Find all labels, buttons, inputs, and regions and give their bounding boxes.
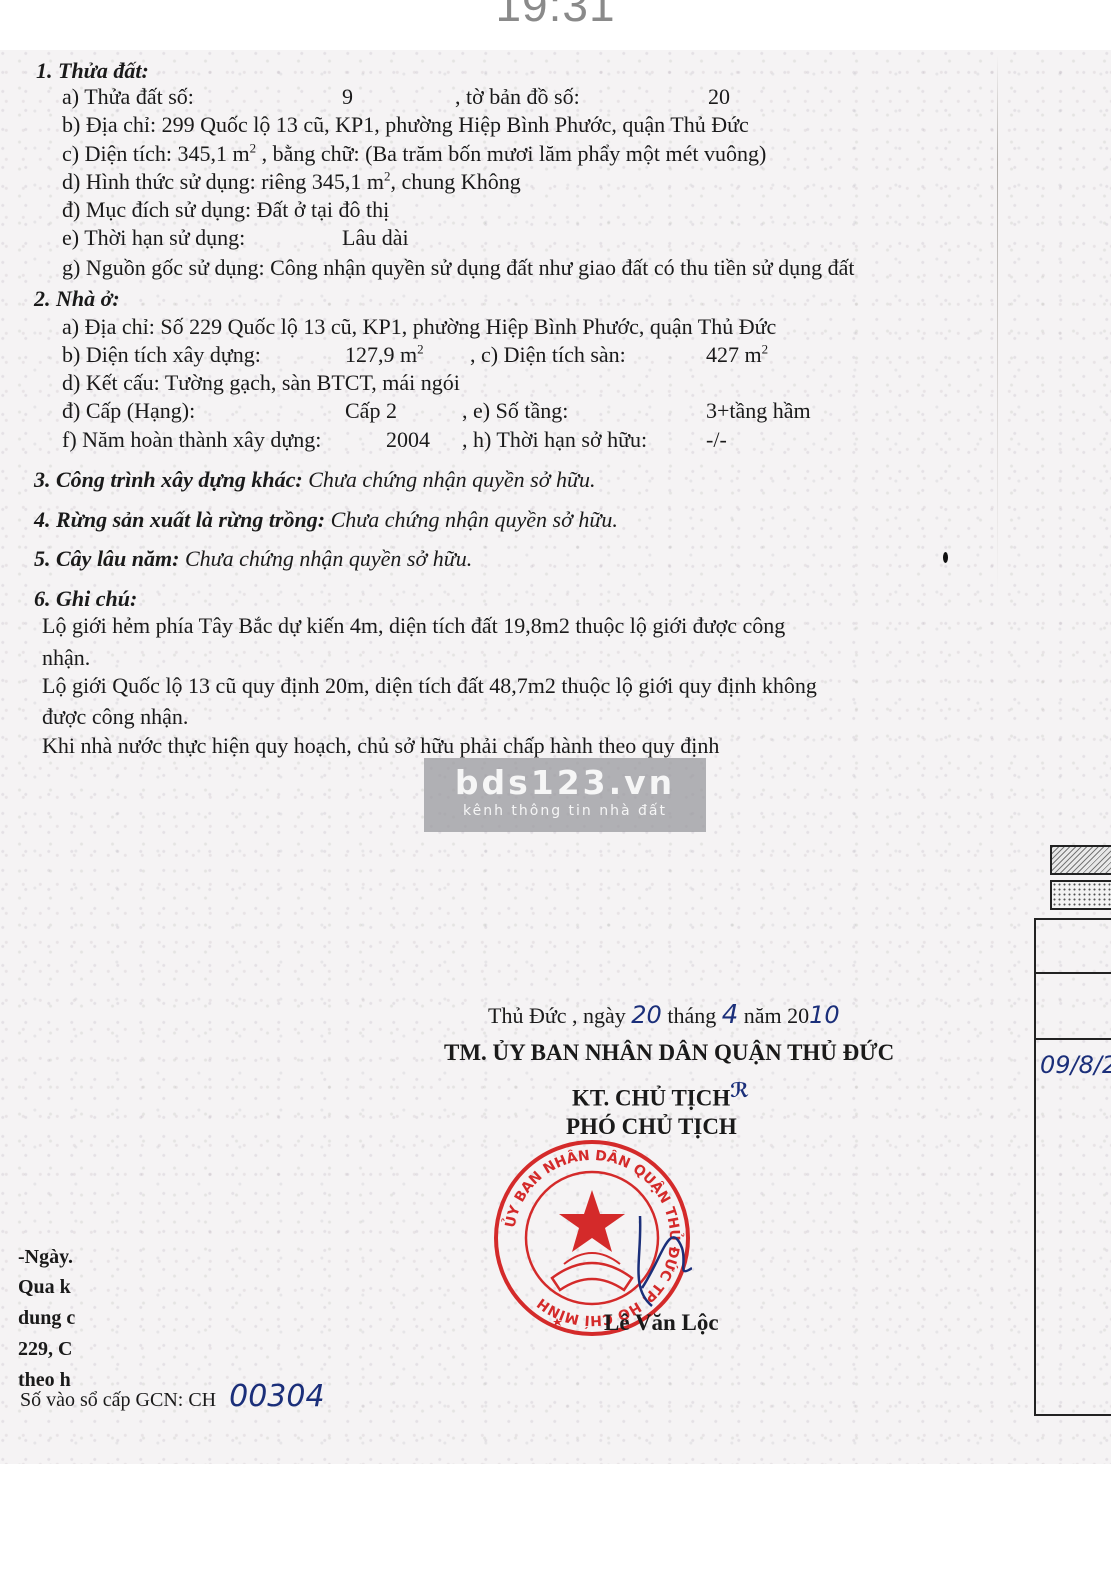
building-area-value: 127,9 m2 [345, 342, 424, 368]
house-address: a) Địa chỉ: Số 229 Quốc lộ 13 cũ, KP1, p… [62, 314, 776, 340]
grade-value: Cấp 2 [345, 398, 397, 424]
usage-term-value: Lâu dài [342, 225, 409, 251]
side-registration-table [1034, 918, 1111, 1416]
section6-heading: 6. Ghi chú: [34, 586, 137, 612]
official-seal: ỦY BAN NHÂN DÂN QUẬN THỦ ĐỨC TP. HỒ CHÍ … [492, 1138, 692, 1338]
parcel-area: c) Diện tích: 345,1 m2 , bằng chữ: (Ba t… [62, 141, 766, 167]
completion-year-value: 2004 [386, 427, 430, 453]
status-bar-time: 19:31 [0, 0, 1111, 32]
legend-dotted-swatch [1050, 880, 1111, 910]
grade-label: đ) Cấp (Hạng): [62, 398, 195, 424]
signer-title: PHÓ CHỦ TỊCH [566, 1114, 737, 1140]
legend-hatched-swatch [1050, 845, 1111, 875]
usage-origin: g) Nguồn gốc sử dụng: Công nhận quyền sử… [62, 255, 855, 281]
building-area-label: b) Diện tích xây dựng: [62, 342, 261, 368]
ink-spot [943, 552, 948, 563]
on-behalf-of: KT. CHỦ TỊCHℛ [572, 1078, 749, 1112]
usage-purpose: đ) Mục đích sử dụng: Đất ở tại đô thị [62, 197, 389, 223]
parcel-address: b) Địa chỉ: 299 Quốc lộ 13 cũ, KP1, phườ… [62, 112, 749, 138]
note-line: Lộ giới Quốc lộ 13 cũ quy định 20m, diện… [42, 673, 817, 699]
section3: 3. Công trình xây dựng khác: Chưa chứng … [34, 467, 595, 493]
note-line: nhận. [42, 645, 90, 671]
floors-value: 3+tầng hầm [706, 398, 811, 424]
section1-heading: 1. Thửa đất: [36, 58, 149, 84]
side-text-line: Qua k [18, 1276, 71, 1299]
map-sheet-value: 20 [708, 84, 730, 110]
completion-year-label: f) Năm hoàn thành xây dựng: [62, 427, 321, 453]
signer-name: Lê Văn Lộc [604, 1310, 719, 1336]
map-sheet-label: , tờ bản đồ số: [455, 84, 580, 110]
ownership-term-label: , h) Thời hạn sở hữu: [462, 427, 647, 453]
note-line: Lộ giới hẻm phía Tây Bắc dự kiến 4m, diệ… [42, 613, 785, 639]
watermark-subtitle: kênh thông tin nhà đất [424, 802, 706, 820]
side-text-line: theo h [18, 1369, 71, 1392]
floor-area-label: , c) Diện tích sàn: [470, 342, 626, 368]
section2-heading: 2. Nhà ở: [34, 286, 120, 312]
fold-line [997, 55, 998, 595]
structure: d) Kết cấu: Tường gạch, sàn BTCT, mái ng… [62, 370, 460, 396]
section5: 5. Cây lâu năm: Chưa chứng nhận quyền sở… [34, 546, 472, 572]
side-text-line: -Ngày. [18, 1246, 73, 1269]
parcel-number-value: 9 [342, 84, 353, 110]
watermark-title: bds123.vn [424, 764, 706, 802]
place-date: Thủ Đức , ngày 20 tháng 4 năm 2010 [488, 1000, 840, 1030]
ownership-term-value: -/- [706, 427, 727, 453]
side-handwritten-date: 09/8/20 [1040, 1052, 1111, 1078]
usage-form: d) Hình thức sử dụng: riêng 345,1 m2, ch… [62, 169, 521, 195]
usage-term-label: e) Thời hạn sử dụng: [62, 225, 245, 251]
side-text-line: dung c [18, 1307, 75, 1330]
floor-area-value: 427 m2 [706, 342, 768, 368]
section4: 4. Rừng sản xuất là rừng trồng: Chưa chứ… [34, 507, 618, 533]
watermark: bds123.vn kênh thông tin nhà đất [424, 758, 706, 832]
authority: TM. ỦY BAN NHÂN DÂN QUẬN THỦ ĐỨC [444, 1040, 894, 1066]
side-text-line: 229, C [18, 1338, 72, 1361]
note-line: được công nhận. [42, 704, 188, 730]
note-line: Khi nhà nước thực hiện quy hoạch, chủ sở… [42, 733, 719, 759]
parcel-number-label: a) Thửa đất số: [62, 84, 194, 110]
floors-label: , e) Số tầng: [462, 398, 568, 424]
